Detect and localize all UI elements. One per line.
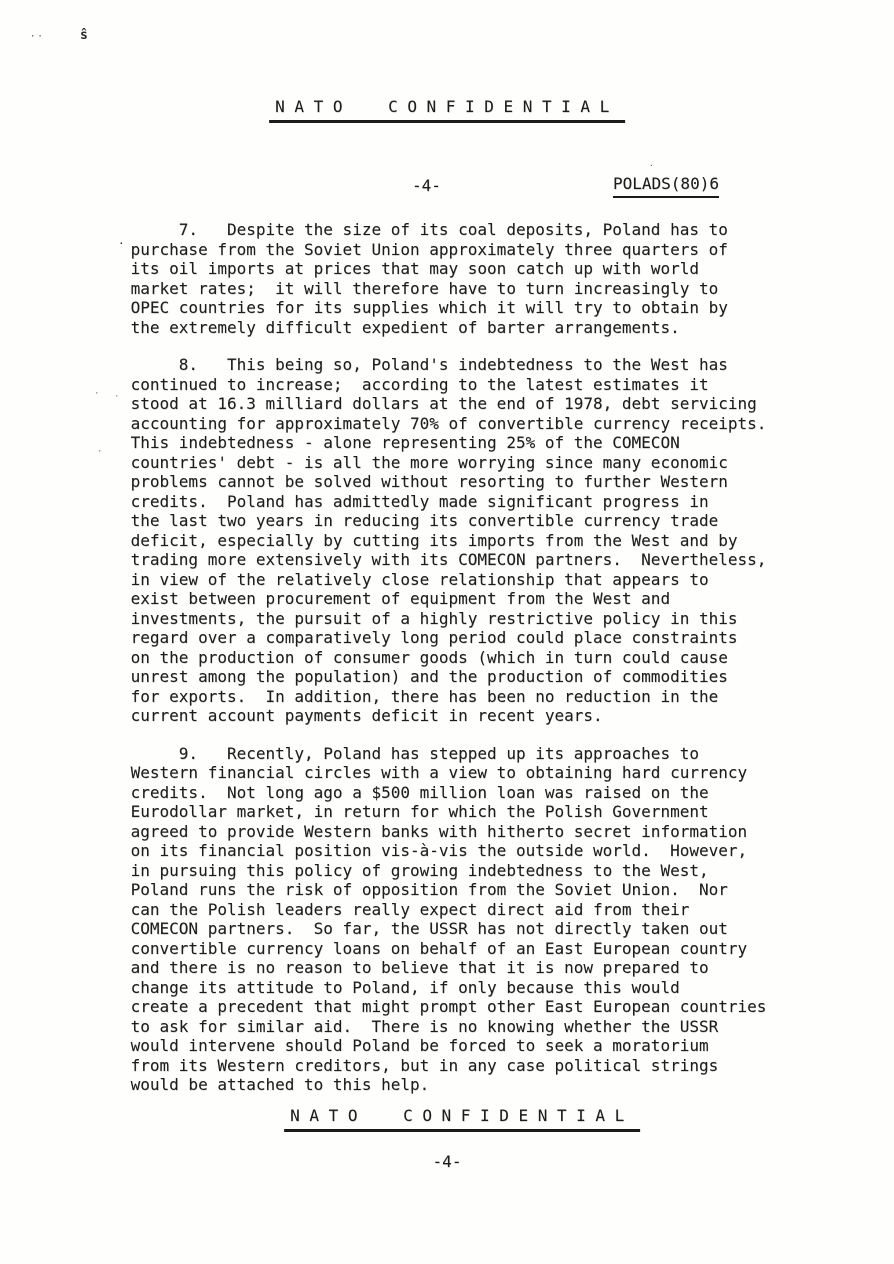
paragraph-7: 7. Despite the size of its coal deposits… — [121, 220, 766, 337]
scan-speck: · — [118, 237, 125, 250]
top-classification-banner: NATO CONFIDENTIAL — [269, 97, 625, 123]
scan-speck: · — [97, 447, 102, 457]
top-page-number: -4- — [412, 176, 441, 196]
scan-speck: · — [649, 161, 654, 170]
document-body: 7. Despite the size of its coal deposits… — [121, 220, 766, 1113]
document-reference: POLADS(80)6 — [613, 174, 719, 198]
paragraph-8: 8. This being so, Poland's indebtedness … — [121, 355, 766, 726]
scan-speck: · — [114, 392, 119, 402]
scanned-document-page: NATO CONFIDENTIAL -4- POLADS(80)6 7. Des… — [0, 0, 894, 1264]
scan-speck: ·· — [30, 32, 45, 42]
bottom-classification-banner: NATO CONFIDENTIAL — [284, 1106, 640, 1132]
bottom-page-number: -4- — [433, 1152, 462, 1172]
scan-speck: ŝ — [80, 28, 88, 43]
paragraph-9: 9. Recently, Poland has stepped up its a… — [121, 744, 766, 1095]
scan-speck: · — [94, 389, 99, 399]
